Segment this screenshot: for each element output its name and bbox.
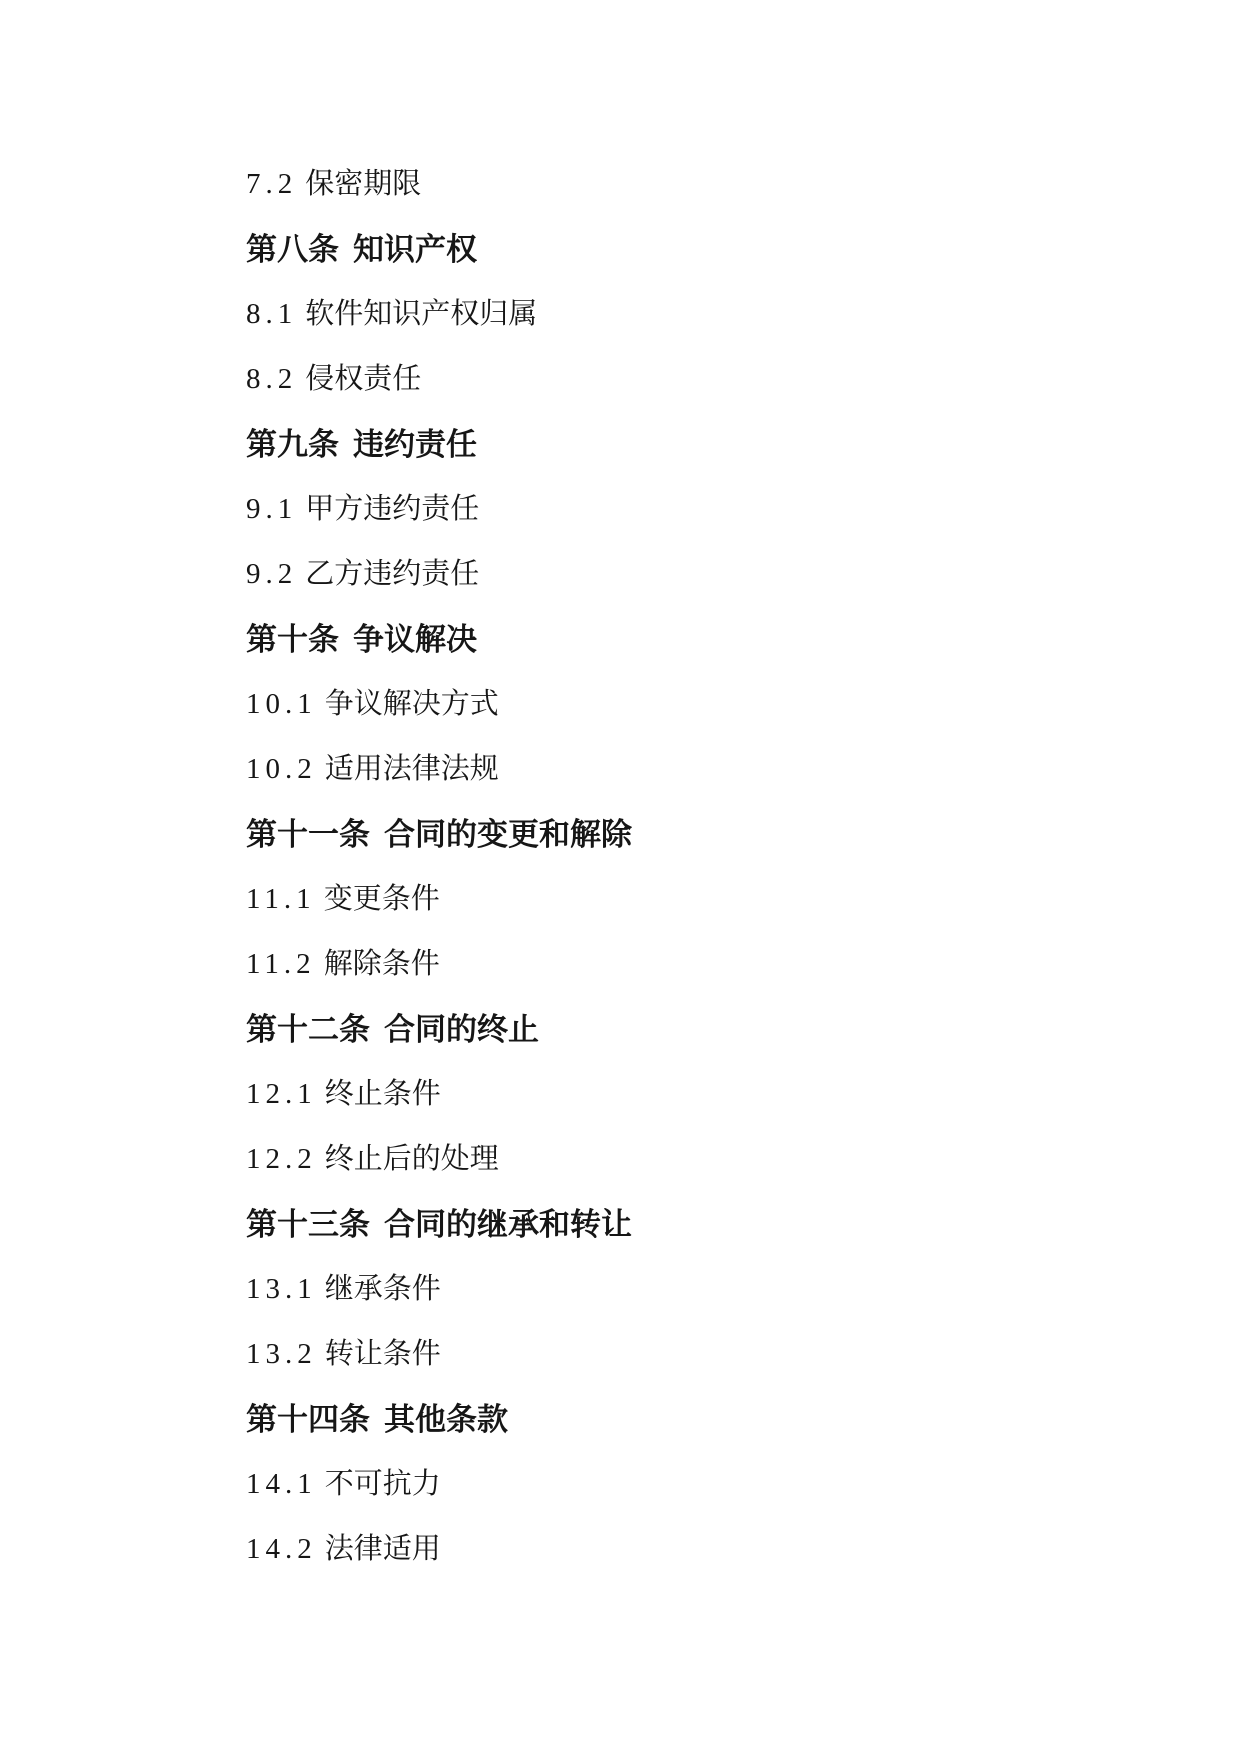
toc-item-label: 不可抗力	[325, 1468, 441, 1500]
toc-item-number: 11.2	[246, 948, 316, 980]
toc-heading-number: 第十三条	[246, 1207, 370, 1242]
toc-item-label: 转让条件	[325, 1338, 441, 1370]
toc-item-label: 法律适用	[325, 1533, 441, 1565]
toc-item: 9.1甲方违约责任	[246, 477, 1180, 542]
toc-item-label: 变更条件	[324, 883, 440, 915]
toc-item-number: 11.1	[246, 883, 316, 915]
toc-heading-label: 合同的继承和转让	[384, 1207, 632, 1242]
toc-item-number: 13.2	[246, 1338, 317, 1370]
toc-item-number: 14.2	[246, 1533, 317, 1565]
toc-item-label: 侵权责任	[305, 363, 421, 395]
toc-item-number: 8.2	[246, 363, 297, 395]
toc-item: 14.1不可抗力	[246, 1452, 1180, 1517]
toc-item: 8.2侵权责任	[246, 347, 1180, 412]
toc-heading-label: 知识产权	[353, 232, 477, 267]
toc-heading-number: 第十一条	[246, 817, 370, 852]
toc-heading-label: 合同的终止	[384, 1012, 539, 1047]
toc-item: 10.2适用法律法规	[246, 737, 1180, 802]
toc-item-label: 甲方违约责任	[305, 493, 479, 525]
toc-heading: 第九条违约责任	[246, 412, 1180, 477]
toc-item-label: 终止条件	[325, 1078, 441, 1110]
toc-item-label: 乙方违约责任	[305, 558, 479, 590]
toc-heading-label: 合同的变更和解除	[384, 817, 632, 852]
toc-item-number: 12.1	[246, 1078, 317, 1110]
toc-heading-number: 第八条	[246, 232, 339, 267]
toc-heading-label: 其他条款	[384, 1402, 508, 1437]
toc-heading: 第十一条合同的变更和解除	[246, 802, 1180, 867]
toc-item-number: 10.2	[246, 753, 317, 785]
toc-heading-label: 违约责任	[353, 427, 477, 462]
toc-heading: 第十三条合同的继承和转让	[246, 1192, 1180, 1257]
toc-item: 8.1软件知识产权归属	[246, 282, 1180, 347]
toc-heading: 第十四条其他条款	[246, 1387, 1180, 1452]
toc-item-number: 9.2	[246, 558, 297, 590]
toc-heading-number: 第十条	[246, 622, 339, 657]
toc-item: 10.1争议解决方式	[246, 672, 1180, 737]
toc-item-number: 9.1	[246, 493, 297, 525]
toc-item: 11.2解除条件	[246, 932, 1180, 997]
toc-item-label: 终止后的处理	[325, 1143, 499, 1175]
toc-heading-number: 第十二条	[246, 1012, 370, 1047]
toc-heading: 第八条知识产权	[246, 217, 1180, 282]
toc-item-label: 继承条件	[325, 1273, 441, 1305]
toc-item: 14.2法律适用	[246, 1517, 1180, 1582]
toc-item: 13.2转让条件	[246, 1322, 1180, 1387]
toc-heading: 第十二条合同的终止	[246, 997, 1180, 1062]
toc-item: 12.2终止后的处理	[246, 1127, 1180, 1192]
document-page: 7.2保密期限 第八条知识产权 8.1软件知识产权归属 8.2侵权责任 第九条违…	[0, 0, 1240, 1753]
toc-item-label: 争议解决方式	[325, 688, 499, 720]
toc-item-number: 7.2	[246, 168, 297, 200]
toc-item-number: 8.1	[246, 298, 297, 330]
toc-item-label: 保密期限	[305, 168, 421, 200]
toc-heading-number: 第十四条	[246, 1402, 370, 1437]
toc-item-number: 13.1	[246, 1273, 317, 1305]
toc-item-number: 12.2	[246, 1143, 317, 1175]
toc-item-label: 解除条件	[324, 948, 440, 980]
toc-item: 11.1变更条件	[246, 867, 1180, 932]
toc-item-label: 软件知识产权归属	[305, 298, 537, 330]
toc-item-number: 10.1	[246, 688, 317, 720]
toc-item-number: 14.1	[246, 1468, 317, 1500]
toc-item-label: 适用法律法规	[325, 753, 499, 785]
toc-item: 9.2乙方违约责任	[246, 542, 1180, 607]
toc-item: 12.1终止条件	[246, 1062, 1180, 1127]
toc-item: 13.1继承条件	[246, 1257, 1180, 1322]
toc-heading: 第十条争议解决	[246, 607, 1180, 672]
toc-heading-label: 争议解决	[353, 622, 477, 657]
toc-item: 7.2保密期限	[246, 152, 1180, 217]
toc-heading-number: 第九条	[246, 427, 339, 462]
